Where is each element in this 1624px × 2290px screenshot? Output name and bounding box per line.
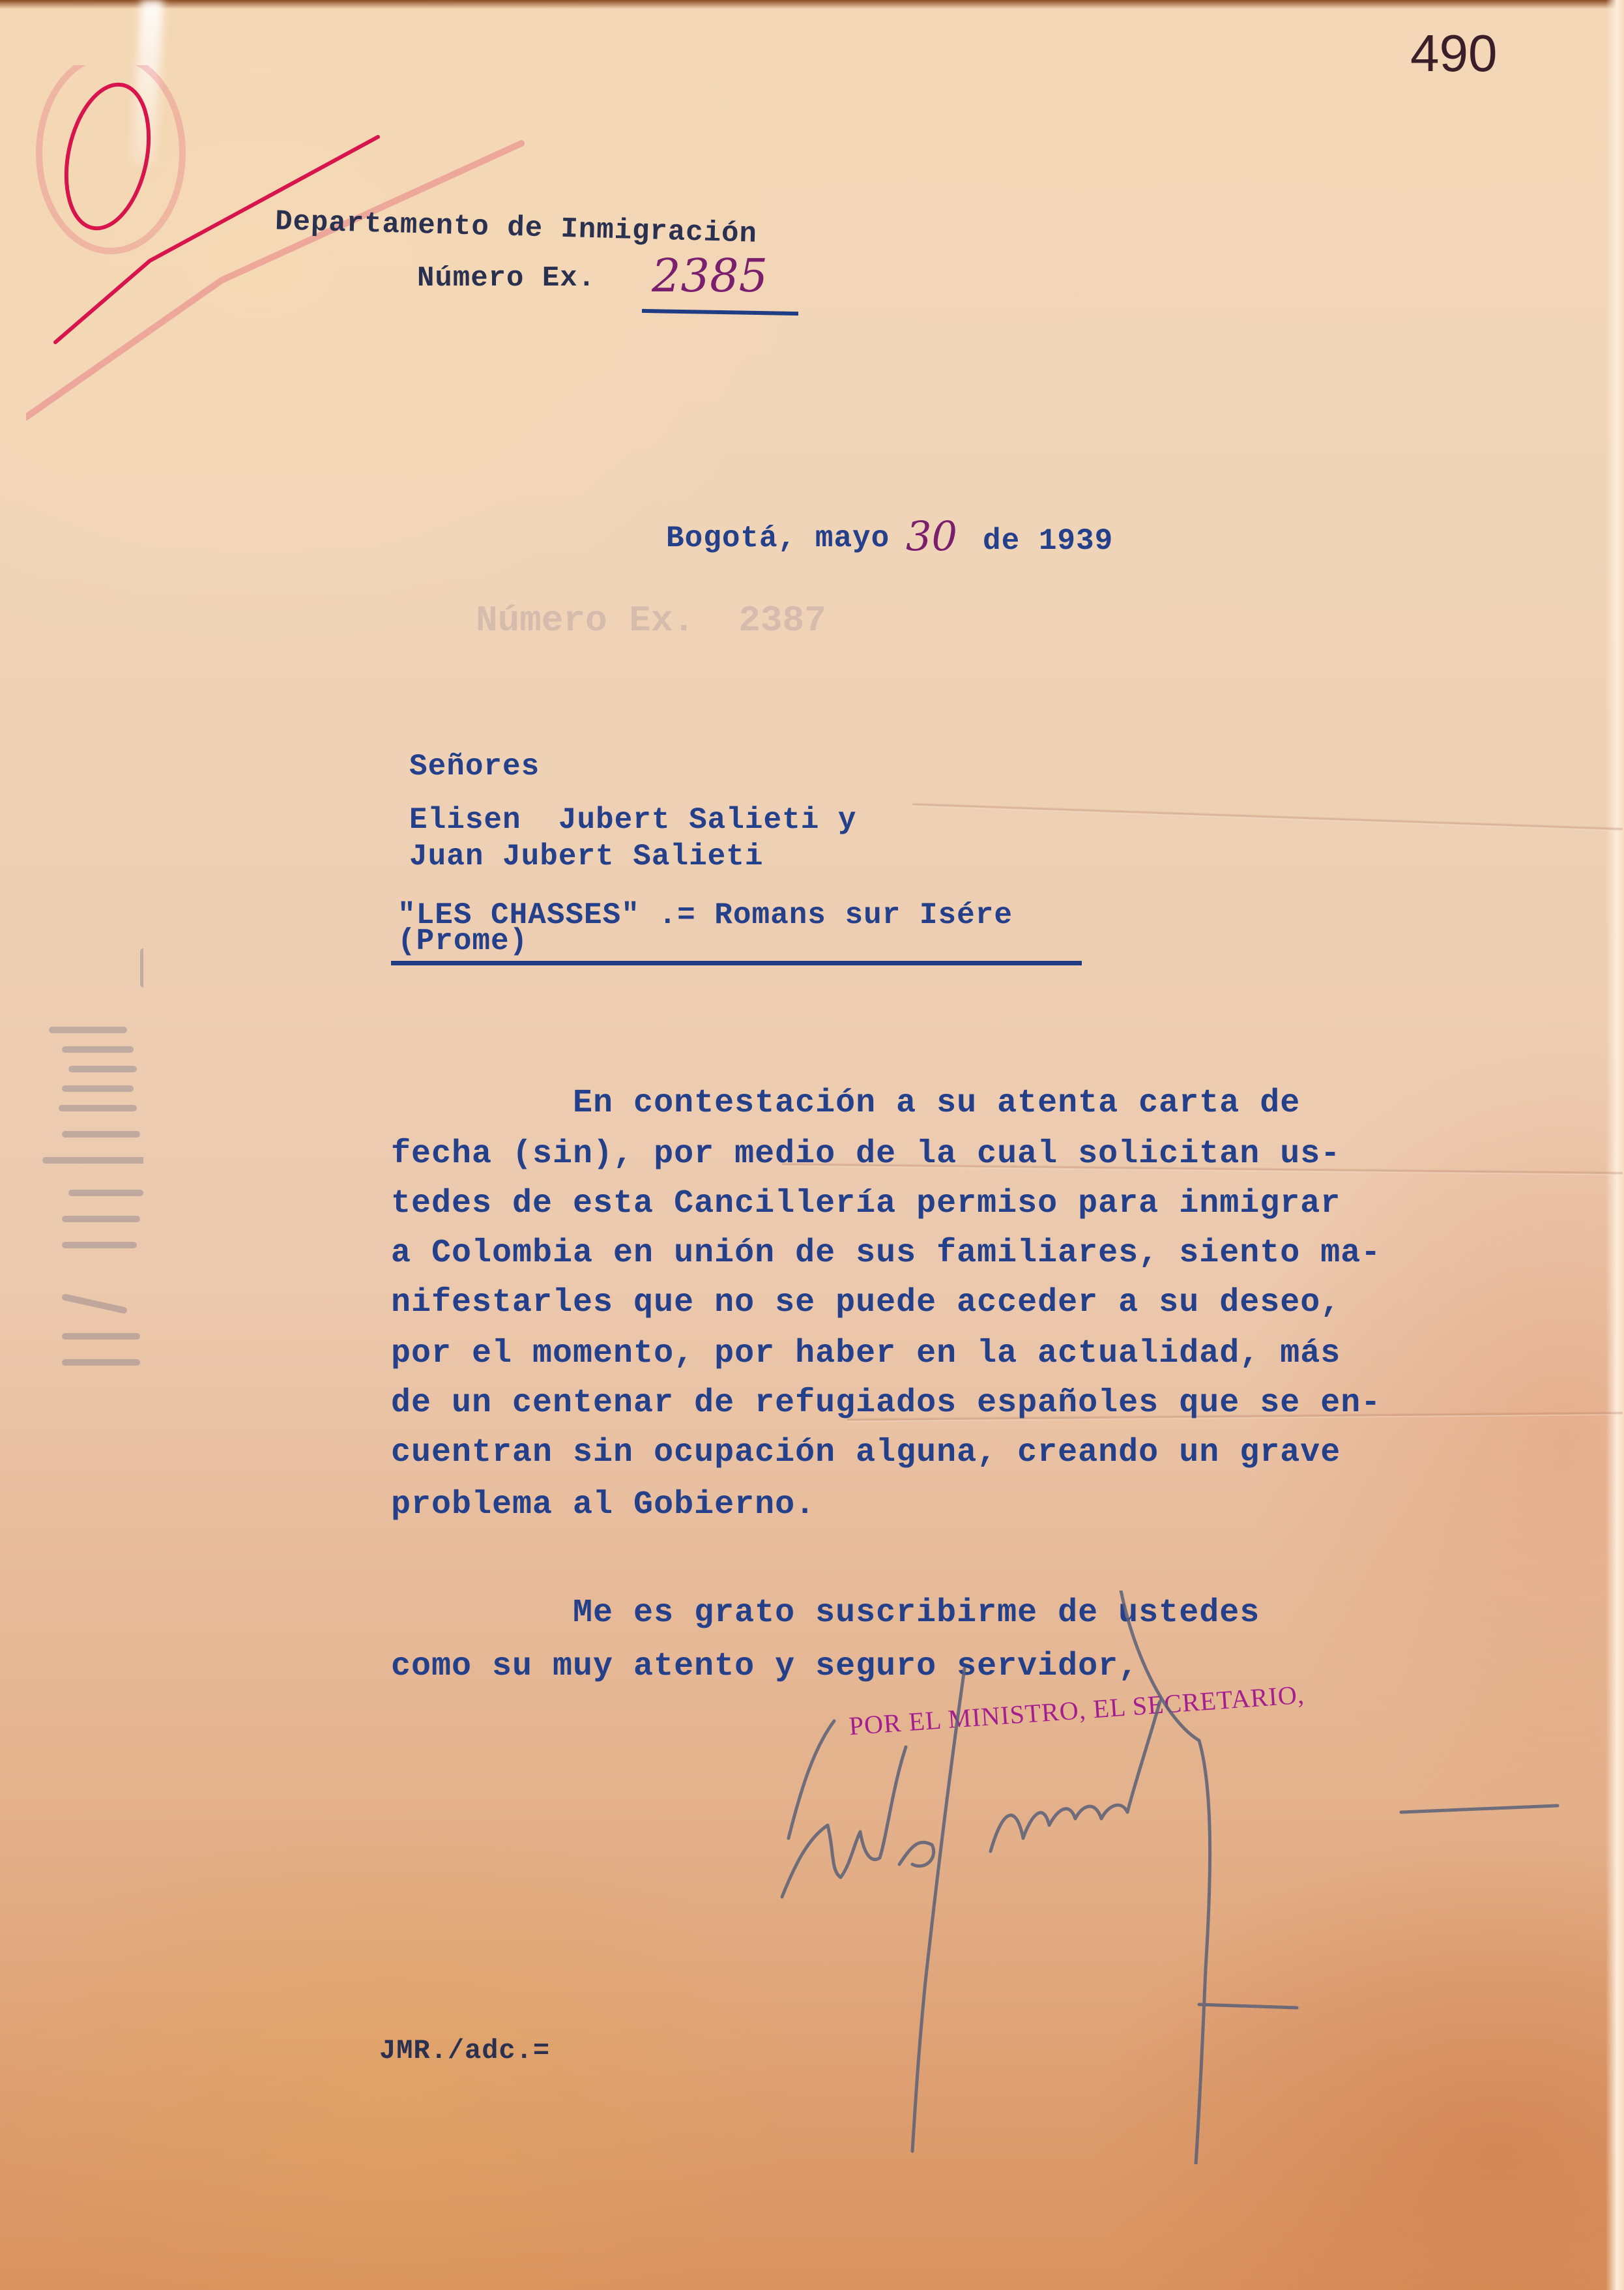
- body-line: problema al Gobierno.: [391, 1486, 815, 1523]
- body-line: por el momento, por haber en la actualid…: [391, 1335, 1341, 1372]
- date-city-month: Bogotá, mayo: [666, 521, 890, 555]
- body-line: fecha (sin), por medio de la cual solici…: [391, 1136, 1341, 1173]
- body-line: nifestarles que no se puede acceder a su…: [391, 1284, 1341, 1321]
- paper-top-edge: [0, 0, 1624, 9]
- body-line: En contestación a su atenta carta de: [391, 1085, 1300, 1122]
- bleed-through-text: Número Ex. 2387: [476, 600, 826, 641]
- signature-scribble-icon: [717, 1591, 1564, 2164]
- salutation: Señores: [409, 750, 540, 784]
- addressee-name-2: Juan Jubert Salieti: [409, 840, 764, 873]
- pencil-margin-note-icon: [26, 945, 143, 1793]
- typist-reference: JMR./adc.=: [379, 2035, 550, 2066]
- date-year: de 1939: [983, 524, 1113, 558]
- body-line: a Colombia en unión de sus familiares, s…: [391, 1235, 1381, 1272]
- body-line: tedes de esta Cancillería permiso para i…: [391, 1185, 1341, 1222]
- addressee-address-2: (Prome): [398, 924, 528, 958]
- paper-right-edge: [1606, 0, 1624, 2290]
- red-crossout-mark-icon: [26, 65, 560, 430]
- numero-label: Número Ex.: [417, 262, 596, 295]
- date-day-handwritten: 30: [906, 512, 957, 560]
- body-line: cuentran sin ocupación alguna, creando u…: [391, 1434, 1341, 1471]
- numero-value-handwritten: 2385: [652, 249, 768, 302]
- body-line: de un centenar de refugiados españoles q…: [391, 1385, 1381, 1422]
- addressee-name-1: Elisen Jubert Salieti y: [409, 803, 857, 837]
- address-underline: [391, 961, 1082, 965]
- page-number: 490: [1410, 23, 1497, 83]
